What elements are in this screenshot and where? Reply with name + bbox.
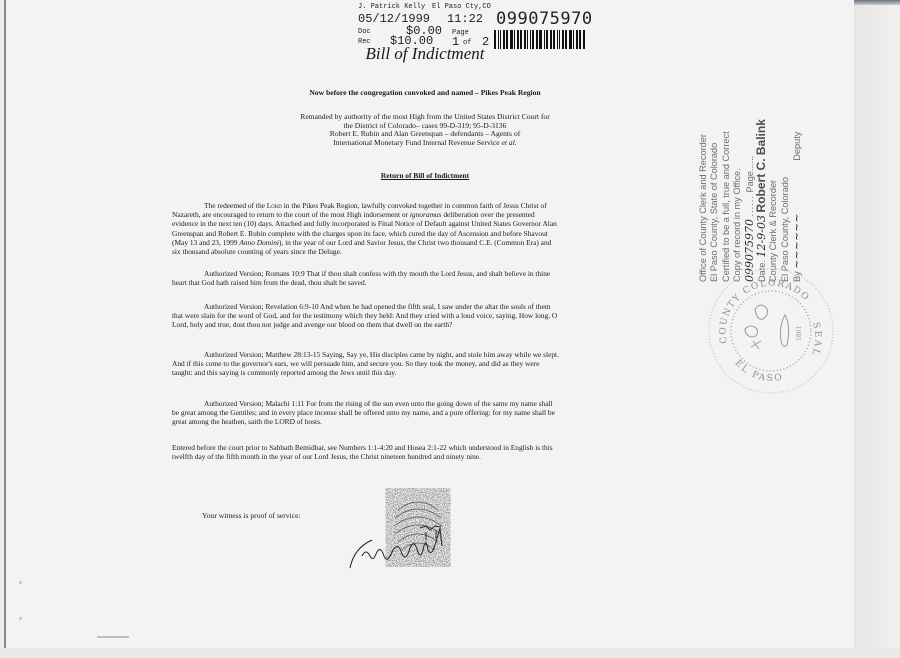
paragraph-entered: Entered before the court prior to Sabbat… [172,443,560,461]
recorder-name: J. Patrick Kelly [358,3,425,11]
cert-line: Certified to be a full, true and Correct [721,110,732,282]
recording-label: J. Patrick Kelly El Paso Cty,CO 05/12/19… [358,3,594,49]
witness-label: Your witness is proof of service: [202,511,301,520]
recorder-location: El Paso Cty,CO [432,3,491,11]
cert-line: El Paso County, State of Colorado [709,110,720,282]
certification-stamp: Office of County Clerk and Recorder El P… [698,110,794,282]
seal-year: 1861 [796,326,803,341]
scan-edge-bottom [0,648,900,658]
document-subtitle: Now before the congregation convoked and… [0,88,850,97]
verse-romans: Authorized Version; Romans 10:9 That if … [172,269,560,287]
recording-time: 11:22 [447,12,483,26]
paragraph-convocation: The redeemed of the Lord in the Pikes Pe… [172,201,560,256]
scan-speck [19,581,22,584]
reception-number: 099075970 [496,9,593,29]
cert-date-value: 12-9-03 [755,215,768,257]
cert-line: Office of County Clerk and Recorder [698,110,709,282]
doc-fee-label: Doc [358,28,371,36]
svg-text:SEAL: SEAL [809,321,823,357]
seal-right-text: SEAL [809,321,823,357]
scan-edge-right [854,0,900,658]
cert-deputy-label: Deputy [792,132,802,161]
document-title: Bill of Indictment [0,44,850,64]
verse-matthew: Authorized Version; Matthew 28:13-15 Say… [172,350,560,378]
verse-revelation: Authorized Version; Revelation 6:9-10 An… [172,302,560,330]
cert-clerk-title: County Clerk & Recorder [768,110,779,282]
signature-icon [340,488,490,578]
scan-edge-shadow [854,0,900,5]
verse-malachi: Authorized Version; Malachi 1:11 For fro… [172,399,560,427]
cert-clerk-name: Robert C. Balink [754,119,768,212]
scan-mark [97,636,129,638]
county-seal-icon: COUNTY COLORADO EL PASO SEAL 1861 [705,265,837,397]
scan-speck [19,617,22,620]
